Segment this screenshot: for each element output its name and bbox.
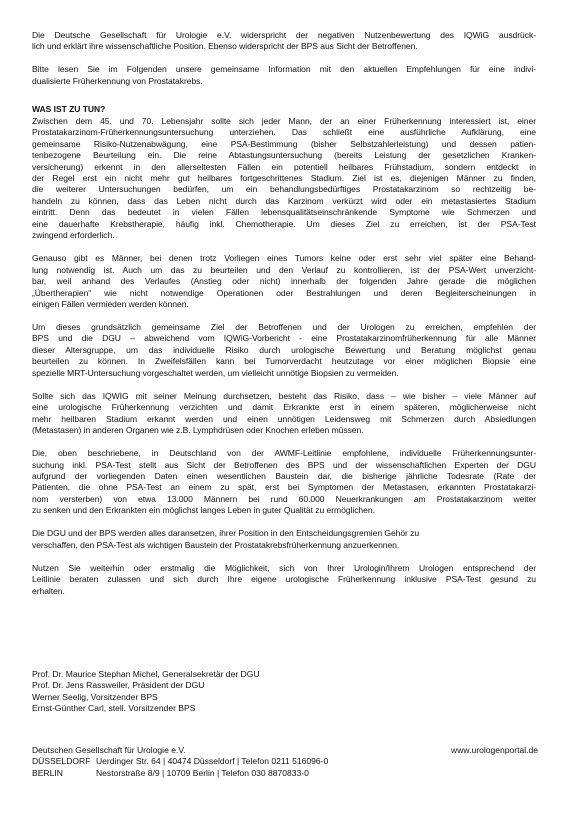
text-line: zwingend erforderlich. bbox=[32, 230, 536, 241]
text-line: zu senken und den Erkrankten ein möglich… bbox=[32, 505, 536, 516]
text-line: Bitte lesen Sie im Folgenden unsere geme… bbox=[32, 64, 536, 75]
text-line: tenbezogene Beurteilung ein. Die reine A… bbox=[32, 150, 536, 161]
letter-body: Die Deutsche Gesellschaft für Urologie e… bbox=[32, 30, 536, 609]
signature-line: Prof. Dr. Maurice Stephan Michel, Genera… bbox=[32, 669, 260, 680]
text-line: erhalten. bbox=[32, 586, 536, 597]
text-line: Genauso gibt es Männer, bei denen trotz … bbox=[32, 253, 536, 264]
text-line: nom versterben) von etwa 13.000 Männern … bbox=[32, 494, 536, 505]
text-line: Nutzen Sie weiterhin oder erstmalig die … bbox=[32, 563, 536, 574]
office-address: Uerdinger Str. 64 | 40474 Düsseldorf | T… bbox=[96, 756, 328, 767]
text-line: Zwischen dem 45. und 70. Lebensjahr soll… bbox=[32, 116, 536, 127]
intro-paragraph: Die Deutsche Gesellschaft für Urologie e… bbox=[32, 30, 536, 53]
text-line: mehr heilbaren Stadium erkannt werden un… bbox=[32, 414, 536, 425]
signature-line: Werner Seelig, Vorsitzender BPS bbox=[32, 692, 260, 703]
text-line: suchung inkl. PSA-Test stellt aus Sicht … bbox=[32, 460, 536, 471]
body-paragraph-1: Zwischen dem 45. und 70. Lebensjahr soll… bbox=[32, 116, 536, 242]
text-line: lung notwendig ist. Auch um das zu beurt… bbox=[32, 265, 536, 276]
body-paragraph-5: Die, oben beschriebene, in Deutschland v… bbox=[32, 448, 536, 517]
text-line: einigen Fällen vermieden werden können. bbox=[32, 299, 536, 310]
text-line: verschaffen, den PSA-Test als wichtigen … bbox=[32, 540, 536, 551]
text-line: (Metastasen) in anderen Organen wie z.B.… bbox=[32, 425, 536, 436]
text-line: Die DGU und der BPS werden alles daranse… bbox=[32, 528, 536, 539]
text-line: versicherung) erkennt in den allerseltes… bbox=[32, 162, 536, 173]
text-line: Sollte sich das IQWIG mit seiner Meinung… bbox=[32, 391, 536, 402]
footer-office-berlin: BERLIN Nestorstraße 8/9 | 10709 Berlin |… bbox=[32, 768, 538, 779]
text-line: die weiterer Untersuchungen bedürfen, um… bbox=[32, 184, 536, 195]
office-address: Nestorstraße 8/9 | 10709 Berlin | Telefo… bbox=[96, 768, 309, 779]
text-line: Prostatakarzinom-Früherkennungsuntersuch… bbox=[32, 127, 536, 138]
text-line: spezielle MRT-Untersuchung vorgeschaltet… bbox=[32, 368, 536, 379]
text-line: dualisierte Früherkennung von Prostatakr… bbox=[32, 76, 536, 87]
text-line: „Übertherapien“ wie nicht notwendige Ope… bbox=[32, 288, 536, 299]
body-paragraph-6: Die DGU und der BPS werden alles daranse… bbox=[32, 528, 536, 551]
footer-website-link[interactable]: www.urologenportal.de bbox=[451, 745, 538, 756]
text-line: dieser Altersgruppe, um das individuelle… bbox=[32, 345, 536, 356]
footer: Deutschen Gesellschaft für Urologie e.V.… bbox=[32, 745, 538, 779]
text-line: eine urologische Früherkennung verzichte… bbox=[32, 402, 536, 413]
text-line: lich und erklärt ihre wissenschaftliche … bbox=[32, 41, 536, 52]
text-line: BPS und die DGU – abweichend vom IQWiG-V… bbox=[32, 333, 536, 344]
text-line: eintritt. Denn das bedeutet in vielen Fä… bbox=[32, 207, 536, 218]
body-paragraph-7: Nutzen Sie weiterhin oder erstmalig die … bbox=[32, 563, 536, 597]
text-line: eine dauerhafte Krebstherapie, häufig in… bbox=[32, 219, 536, 230]
office-city: DÜSSELDORF bbox=[32, 756, 96, 767]
body-paragraph-4: Sollte sich das IQWIG mit seiner Meinung… bbox=[32, 391, 536, 437]
text-line: beurteilen zu können. In Zweifelsfällen … bbox=[32, 356, 536, 367]
text-line: Um dieses grundsätzlich gemeinsame Ziel … bbox=[32, 322, 536, 333]
text-line: Leitlinie beraten zulassen und sich durc… bbox=[32, 574, 536, 585]
body-paragraph-2: Genauso gibt es Männer, bei denen trotz … bbox=[32, 253, 536, 310]
text-line: Patienten, die ohne PSA-Test an einem zu… bbox=[32, 482, 536, 493]
text-line: gemeinsame Risiko-Nutzenabwägung, eine P… bbox=[32, 139, 536, 150]
body-paragraph-3: Um dieses grundsätzlich gemeinsame Ziel … bbox=[32, 322, 536, 379]
text-line: Die Deutsche Gesellschaft für Urologie e… bbox=[32, 30, 536, 41]
section-heading: WAS IST ZU TUN? bbox=[32, 104, 536, 115]
text-line: der Regel erst ein nicht mehr gut heilba… bbox=[32, 173, 536, 184]
text-line: handeln zu können, dass das Leben nicht … bbox=[32, 196, 536, 207]
text-line: bar, weil anhand des Verlaufes (Anstieg … bbox=[32, 276, 536, 287]
signature-block: Prof. Dr. Maurice Stephan Michel, Genera… bbox=[32, 669, 260, 715]
footer-office-dusseldorf: DÜSSELDORF Uerdinger Str. 64 | 40474 Düs… bbox=[32, 756, 538, 767]
office-city: BERLIN bbox=[32, 768, 96, 779]
text-line: Die, oben beschriebene, in Deutschland v… bbox=[32, 448, 536, 459]
invitation-paragraph: Bitte lesen Sie im Folgenden unsere geme… bbox=[32, 64, 536, 87]
signature-line: Ernst-Günther Carl, stell. Vorsitzender … bbox=[32, 703, 260, 714]
signature-line: Prof. Dr. Jens Rassweiler, Präsident der… bbox=[32, 680, 260, 691]
text-line: aufgrund der vorliegenden Daten einen we… bbox=[32, 471, 536, 482]
